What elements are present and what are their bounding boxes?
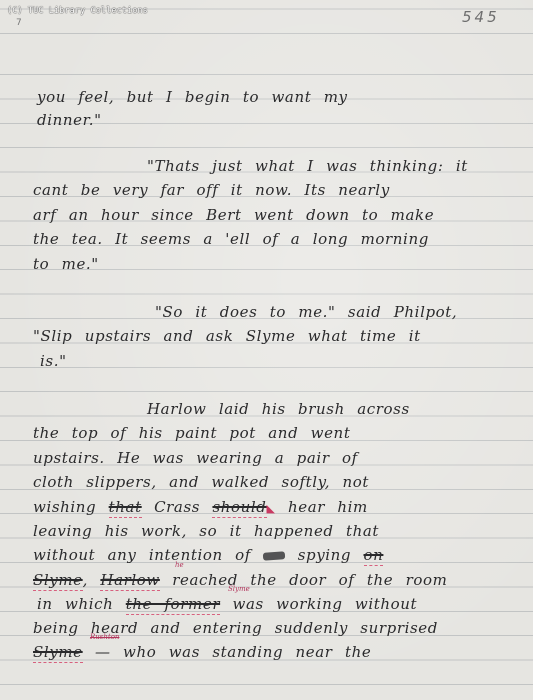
text-line: without any intention of spying on [33, 546, 383, 564]
word: reached the door of the room [172, 571, 447, 589]
struck-word: that [109, 498, 142, 518]
word: spying [298, 546, 351, 564]
text-line: arf an hour since Bert went down to make [33, 206, 434, 224]
word: wishing [33, 498, 96, 516]
word: who was standing near the [123, 643, 371, 661]
text-line: upstairs. He was wearing a pair of [33, 449, 358, 467]
text-line: cant be very far off it now. Its nearly [33, 181, 390, 199]
text-line: Slyme — who was standing near the [33, 643, 371, 661]
struck-word: Slyme [33, 643, 83, 663]
word: in which [37, 595, 113, 613]
text-line: to me." [33, 255, 99, 273]
struck-word: Slyme [33, 571, 83, 591]
word: hear him [288, 498, 368, 516]
text-line: the tea. It seems a 'ell of a long morni… [33, 230, 429, 248]
comma: , [83, 571, 88, 589]
dash: — [95, 643, 111, 661]
ink-blot [263, 551, 286, 561]
word: was working without [233, 595, 418, 613]
word: without any intention of [33, 546, 251, 564]
page-number: 545 [462, 8, 500, 26]
copyright-watermark: (C) TUC Library Collections [7, 6, 148, 16]
text-line: you feel, but I begin to want my [37, 88, 348, 106]
insertion-slyme: Slyme [228, 585, 250, 593]
editor-mark: ◣ [267, 502, 276, 515]
text-line: "So it does to me." said Philpot, [155, 303, 457, 321]
manuscript-page: (C) TUC Library Collections 7 545 wishin… [0, 0, 533, 700]
text-line: "Thats just what I was thinking: it [147, 157, 468, 175]
text-line: the top of his paint pot and went [33, 424, 350, 442]
text-line: dinner." [37, 111, 102, 129]
text-line: Harlow laid his brush across [147, 400, 410, 418]
text-line: leaving his work, so it happened that [33, 522, 379, 540]
insertion-he: he [175, 561, 184, 569]
struck-word: the former [126, 595, 220, 615]
text-line: "Slip upstairs and ask Slyme what time i… [33, 327, 421, 345]
text-line: in which the former was working without [37, 595, 417, 613]
text-line: cloth slippers, and walked softly, not [33, 473, 369, 491]
line-text: leaving his work, so it happened that [33, 522, 379, 540]
text-line: is." [40, 352, 67, 370]
insertion-rushton: Rushton [90, 633, 119, 641]
word: Crass [154, 498, 200, 516]
struck-word: on [364, 546, 384, 566]
struck-word: Harlow [100, 571, 159, 591]
struck-word: should [212, 498, 266, 518]
text-line: wishing that Crass should◣ hear him [33, 498, 368, 516]
corner-mark: 7 [16, 18, 22, 28]
